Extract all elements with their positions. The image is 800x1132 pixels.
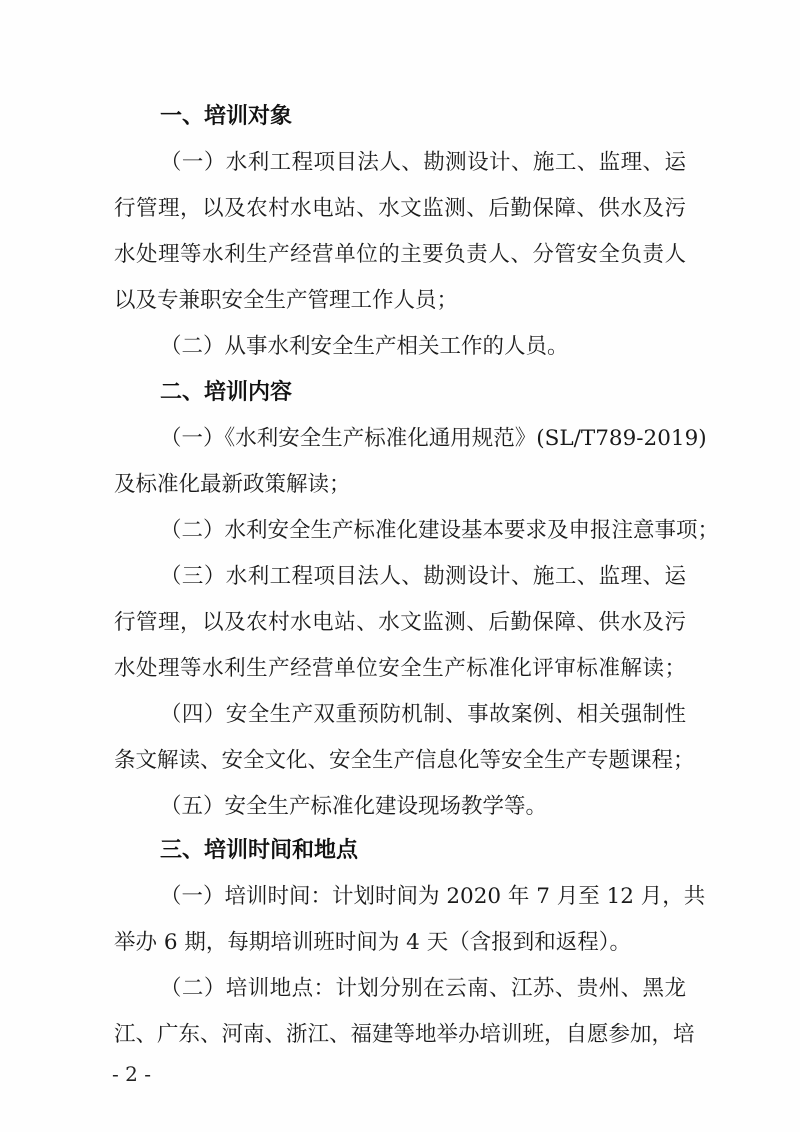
paragraph-line: （一）水利工程项目法人、勘测设计、施工、监理、运 (160, 143, 686, 183)
section-heading-trainees: 一、培训对象 (160, 97, 292, 137)
section-heading-time-location: 三、培训时间和地点 (160, 831, 358, 871)
paragraph-line: 举办 6 期，每期培训班时间为 4 天（含报到和返程）。 (114, 923, 686, 963)
paragraph-line: 行管理，以及农村水电站、水文监测、后勤保障、供水及污 (114, 189, 686, 229)
paragraph-line: 江、广东、河南、浙江、福建等地举办培训班，自愿参加，培 (114, 1015, 686, 1055)
paragraph-line: 及标准化最新政策解读； (114, 465, 686, 505)
paragraph-line: （四）安全生产双重预防机制、事故案例、相关强制性 (160, 695, 686, 735)
paragraph-line: （二）水利安全生产标准化建设基本要求及申报注意事项； (160, 511, 686, 551)
document-page: 一、培训对象 （一）水利工程项目法人、勘测设计、施工、监理、运 行管理，以及农村… (0, 0, 800, 1132)
paragraph-line: （一）培训时间：计划时间为 2020 年 7 月至 12 月，共 (160, 877, 686, 917)
paragraph-line: 条文解读、安全文化、安全生产信息化等安全生产专题课程； (114, 741, 686, 781)
page-number: - 2 - (112, 1062, 151, 1086)
paragraph-line: （五）安全生产标准化建设现场教学等。 (160, 787, 686, 827)
paragraph-line: （二）从事水利安全生产相关工作的人员。 (160, 327, 686, 367)
paragraph-line: 水处理等水利生产经营单位的主要负责人、分管安全负责人 (114, 235, 686, 275)
paragraph-line: （三）水利工程项目法人、勘测设计、施工、监理、运 (160, 557, 686, 597)
paragraph-line: 行管理，以及农村水电站、水文监测、后勤保障、供水及污 (114, 603, 686, 643)
section-heading-content: 二、培训内容 (160, 373, 292, 413)
paragraph-line: 水处理等水利生产经营单位安全生产标准化评审标准解读； (114, 649, 686, 689)
paragraph-line: （二）培训地点：计划分别在云南、江苏、贵州、黑龙 (160, 969, 686, 1009)
paragraph-line: （一）《水利安全生产标准化通用规范》(SL/T789-2019) (160, 419, 686, 459)
paragraph-line: 以及专兼职安全生产管理工作人员； (114, 281, 686, 321)
